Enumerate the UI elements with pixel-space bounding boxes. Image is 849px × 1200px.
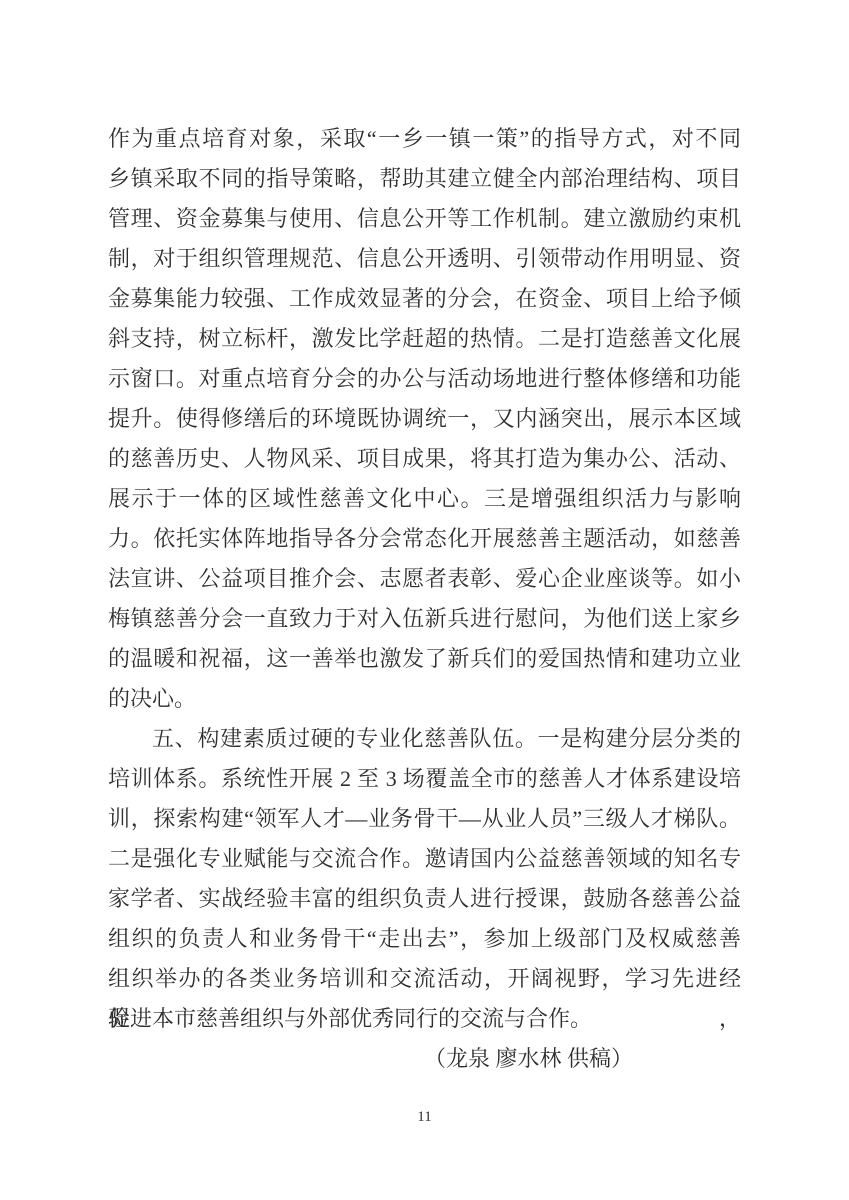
- text-line: 的慈善历史、人物风采、项目成果，将其打造为集办公、活动、: [108, 439, 741, 479]
- text-line: 二是强化专业赋能与交流合作。邀请国内公益慈善领域的知名专: [108, 839, 741, 879]
- text-line: 组织的负责人和业务骨干“走出去”，参加上级部门及权威慈善: [108, 919, 741, 959]
- text-line: 五、构建素质过硬的专业化慈善队伍。一是构建分层分类的: [108, 719, 741, 759]
- text-line: 力。依托实体阵地指导各分会常态化开展慈善主题活动，如慈善: [108, 519, 741, 559]
- text-line: 的温暖和祝福，这一善举也激发了新兵们的爱国热情和建功立业: [108, 639, 741, 679]
- text-line: 组织举办的各类业务培训和交流活动，开阔视野，学习先进经验，: [108, 959, 741, 999]
- document-body: 作为重点培育对象，采取“一乡一镇一策”的指导方式，对不同乡镇采取不同的指导策略，…: [108, 119, 741, 1039]
- text-line: 示窗口。对重点培育分会的办公与活动场地进行整体修缮和功能: [108, 359, 741, 399]
- page-number: 11: [0, 1108, 849, 1126]
- text-line: 提升。使得修缮后的环境既协调统一，又内涵突出，展示本区域: [108, 399, 741, 439]
- text-line: 的决心。: [108, 679, 741, 719]
- text-line: 金募集能力较强、工作成效显著的分会，在资金、项目上给予倾: [108, 279, 741, 319]
- text-line: 训，探索构建“领军人才—业务骨干—从业人员”三级人才梯队。: [108, 799, 741, 839]
- paragraph-continuation: 作为重点培育对象，采取“一乡一镇一策”的指导方式，对不同乡镇采取不同的指导策略，…: [108, 119, 741, 719]
- text-line: 乡镇采取不同的指导策略，帮助其建立健全内部治理结构、项目: [108, 159, 741, 199]
- text-line: 梅镇慈善分会一直致力于对入伍新兵进行慰问，为他们送上家乡: [108, 599, 741, 639]
- text-line: 作为重点培育对象，采取“一乡一镇一策”的指导方式，对不同: [108, 119, 741, 159]
- text-line: 制，对于组织管理规范、信息公开透明、引领带动作用明显、资: [108, 239, 741, 279]
- document-page: 作为重点培育对象，采取“一乡一镇一策”的指导方式，对不同乡镇采取不同的指导策略，…: [0, 0, 849, 1200]
- text-line: 家学者、实战经验丰富的组织负责人进行授课，鼓励各慈善公益: [108, 879, 741, 919]
- text-line: 斜支持，树立标杆，激发比学赶超的热情。二是打造慈善文化展: [108, 319, 741, 359]
- text-line: 培训体系。系统性开展 2 至 3 场覆盖全市的慈善人才体系建设培: [108, 759, 741, 799]
- text-block: 作为重点培育对象，采取“一乡一镇一策”的指导方式，对不同乡镇采取不同的指导策略，…: [108, 119, 741, 1079]
- text-line: 管理、资金募集与使用、信息公开等工作机制。建立激励约束机: [108, 199, 741, 239]
- text-line: 展示于一体的区域性慈善文化中心。三是增强组织活力与影响: [108, 479, 741, 519]
- paragraph-section-five: 五、构建素质过硬的专业化慈善队伍。一是构建分层分类的培训体系。系统性开展 2 至…: [108, 719, 741, 1039]
- byline: （龙泉 廖水林 供稿）: [108, 1039, 741, 1079]
- text-line: 法宣讲、公益项目推介会、志愿者表彰、爱心企业座谈等。如小: [108, 559, 741, 599]
